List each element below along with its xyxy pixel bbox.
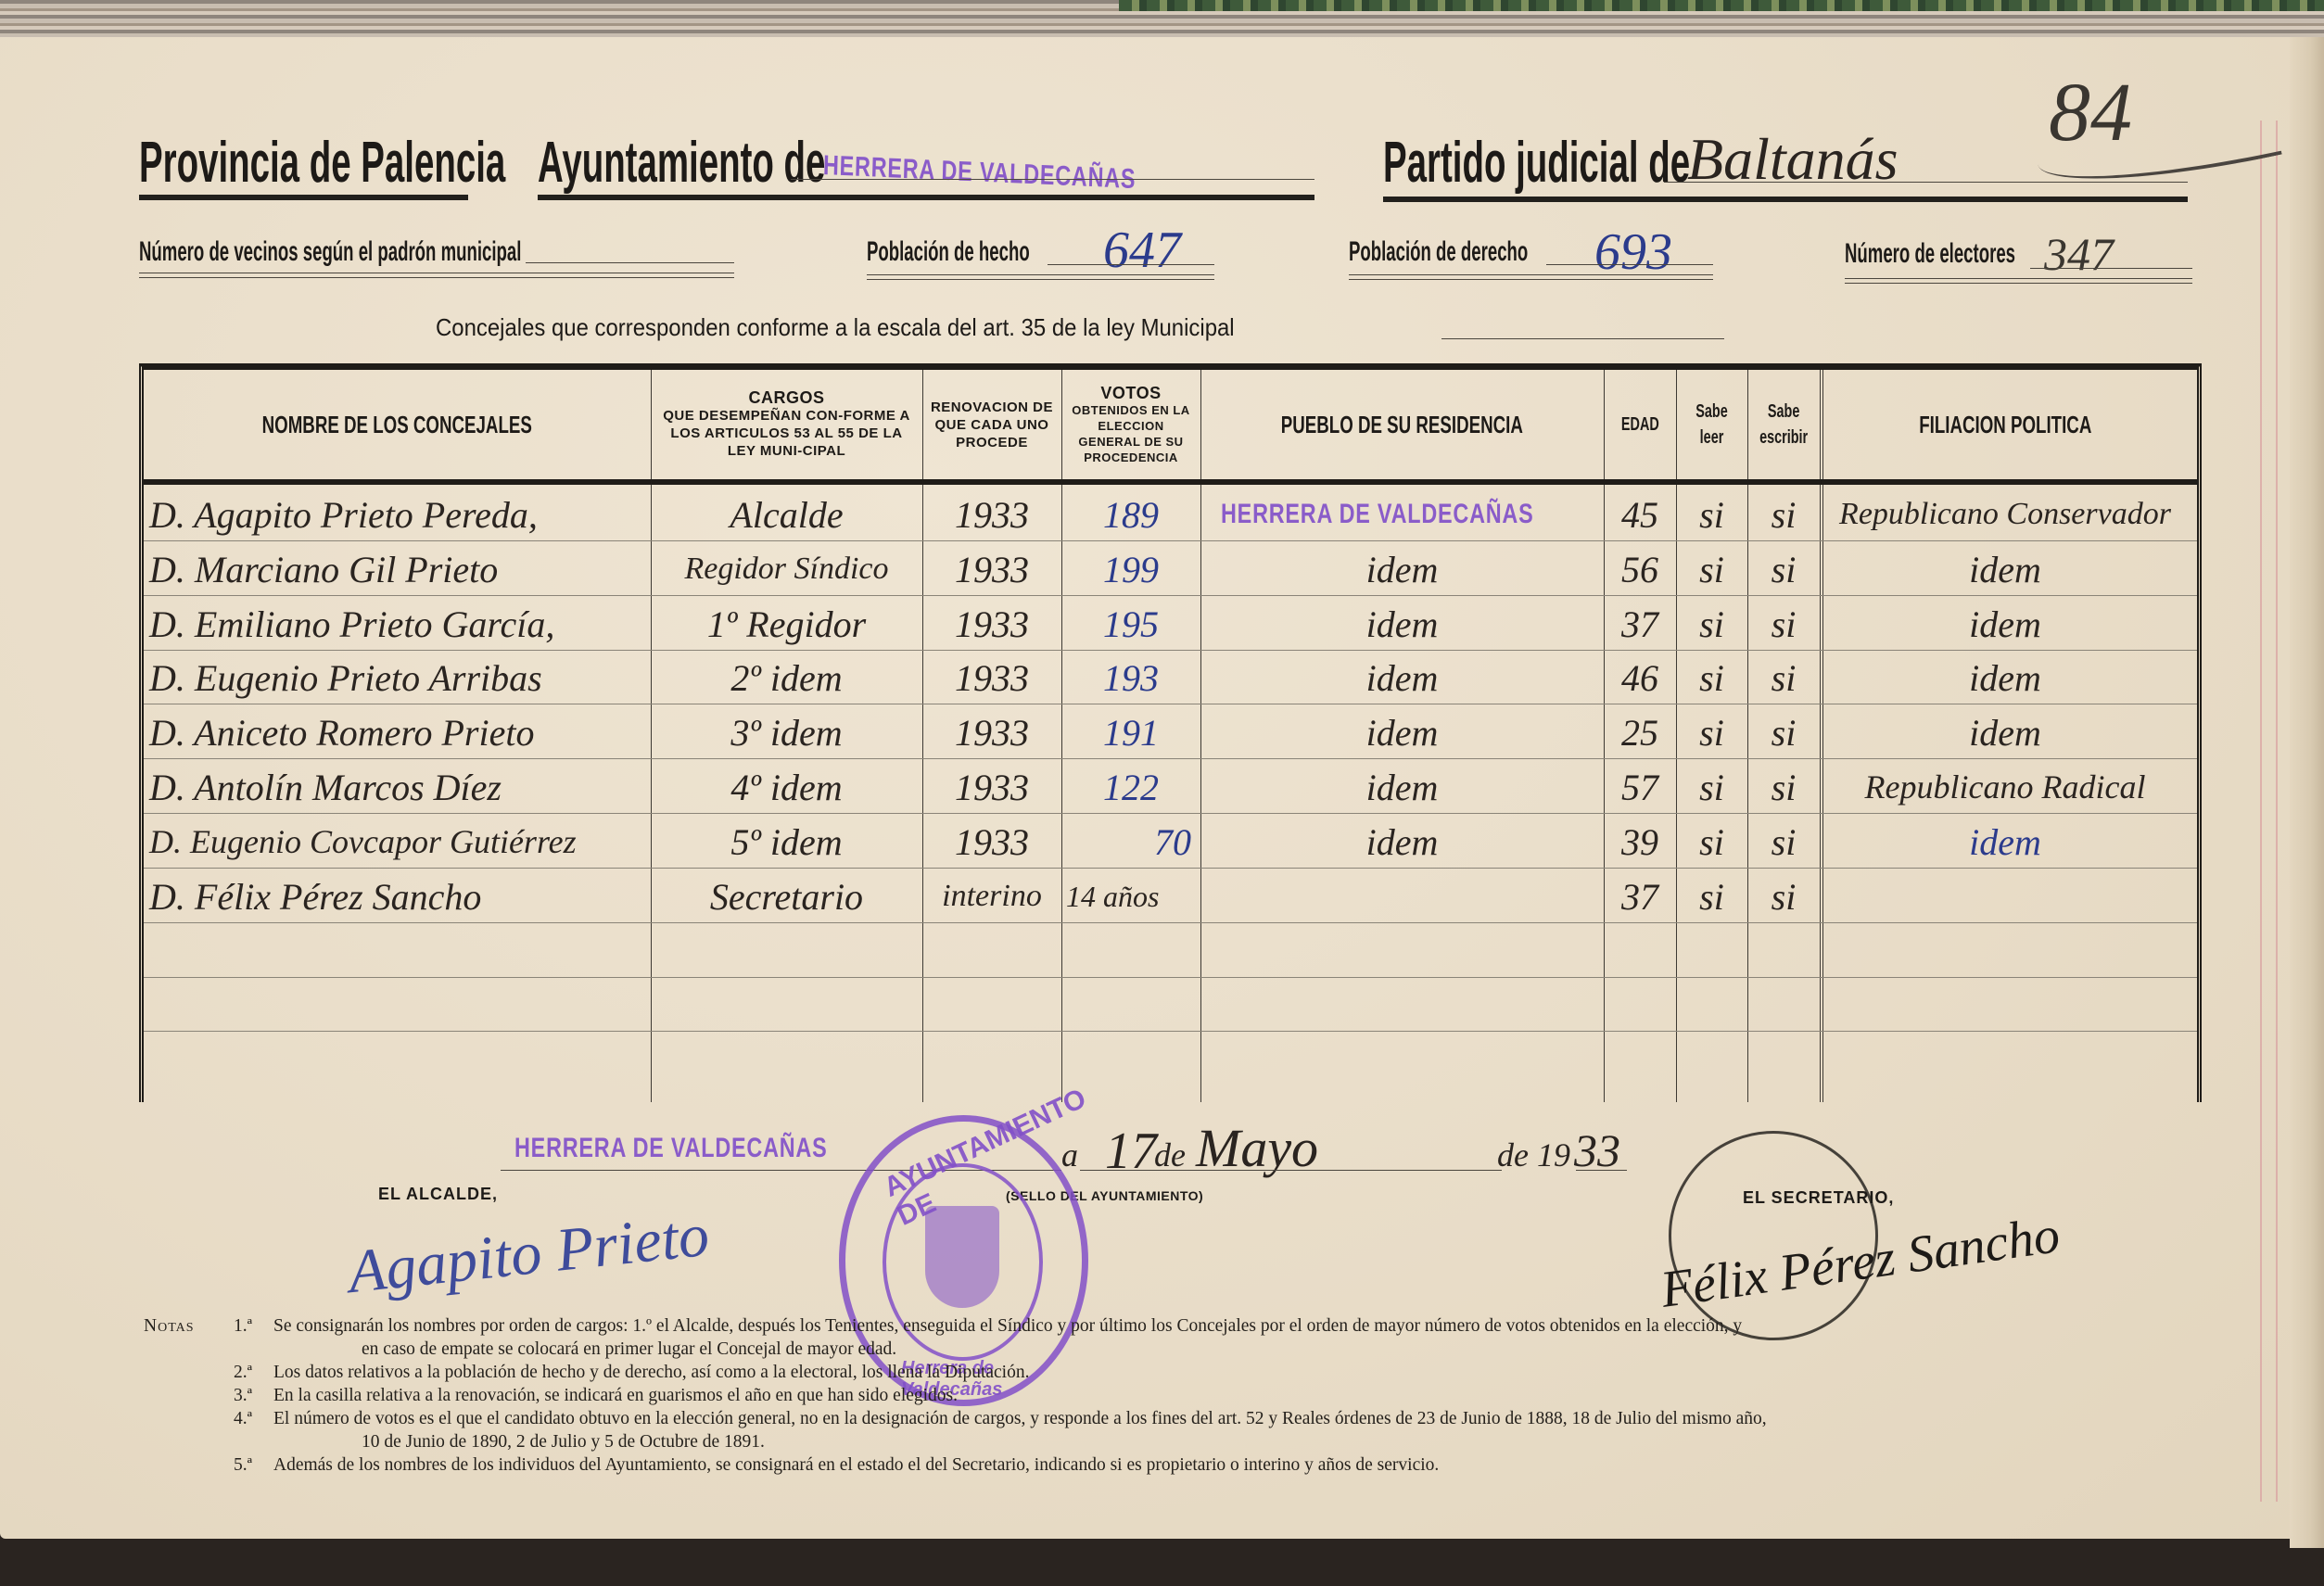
note-text: en caso de empate se colocará en primer … bbox=[362, 1339, 896, 1360]
cell-edad: 37 bbox=[1604, 869, 1676, 923]
note-number: 1.ª bbox=[234, 1316, 252, 1337]
cell-renovacion: 1933 bbox=[922, 651, 1061, 704]
note-number: 3.ª bbox=[234, 1386, 252, 1406]
cell-renovacion: 1933 bbox=[922, 760, 1061, 814]
cell-edad: 37 bbox=[1604, 597, 1676, 651]
cell-cargo: 2º idem bbox=[651, 651, 922, 704]
cell-edad: 56 bbox=[1604, 542, 1676, 596]
header-divider bbox=[144, 479, 2197, 485]
header-pueblo-text: PUEBLO DE SU RESIDENCIA bbox=[1281, 411, 1523, 439]
cell-nombre: D. Agapito Prieto Pereda, bbox=[149, 488, 538, 541]
cell-leer: si bbox=[1676, 488, 1747, 541]
cell-cargo: 5º idem bbox=[651, 815, 922, 869]
cell-votos: 189 bbox=[1061, 488, 1200, 541]
derecho-value: 693 bbox=[1594, 222, 1672, 282]
ayuntamiento-line bbox=[791, 179, 1314, 180]
signature-flourish bbox=[1669, 1131, 1878, 1340]
header-edad-text: EDAD bbox=[1621, 414, 1659, 436]
concejales-table: NOMBRE DE LOS CONCEJALES CARGOS QUE DESE… bbox=[139, 363, 2202, 1102]
coat-of-arms-icon bbox=[925, 1206, 999, 1308]
cell-leer: si bbox=[1676, 705, 1747, 759]
header-cargos-sub: QUE DESEMPEÑAN CON-FORME A LOS ARTICULOS… bbox=[651, 407, 922, 460]
note-number: 4.ª bbox=[234, 1409, 252, 1429]
cell-pueblo: idem bbox=[1200, 597, 1604, 651]
alcalde-label: EL ALCALDE, bbox=[378, 1185, 498, 1204]
derecho-underline bbox=[1349, 274, 1713, 280]
header-cargos-title: CARGOS bbox=[748, 389, 824, 407]
cell-votos: 70 bbox=[1061, 815, 1191, 869]
derecho-line bbox=[1546, 264, 1713, 265]
electores-value: 347 bbox=[2044, 227, 2114, 281]
header-votos-sub: OBTENIDOS EN LA ELECCION GENERAL DE SU P… bbox=[1067, 402, 1195, 465]
notes-label: Notas bbox=[144, 1316, 195, 1337]
row-line bbox=[144, 1031, 2197, 1032]
electores-underline bbox=[1845, 278, 2192, 284]
cell-votos: 193 bbox=[1061, 651, 1200, 704]
cell-edad: 25 bbox=[1604, 705, 1676, 759]
cell-filiacion: idem bbox=[1820, 705, 2191, 759]
cell-edad: 57 bbox=[1604, 760, 1676, 814]
cell-pueblo: idem bbox=[1200, 760, 1604, 814]
header-nombre-text: NOMBRE DE LOS CONCEJALES bbox=[262, 411, 532, 439]
cell-leer: si bbox=[1676, 651, 1747, 704]
cell-filiacion: idem bbox=[1820, 542, 2191, 596]
date-day: 17 bbox=[1105, 1122, 1157, 1181]
hecho-underline bbox=[867, 274, 1214, 280]
cell-edad: 46 bbox=[1604, 651, 1676, 704]
derecho-label: Población de derecho bbox=[1349, 236, 1528, 268]
provincia-title: Provincia de Palencia bbox=[139, 130, 505, 196]
cell-renovacion: 1933 bbox=[922, 488, 1061, 541]
header-votos: VOTOS OBTENIDOS EN LA ELECCION GENERAL D… bbox=[1061, 370, 1200, 479]
cell-filiacion: idem bbox=[1820, 597, 2191, 651]
date-de2: de 19 bbox=[1497, 1136, 1570, 1174]
place-stamp: HERRERA DE VALDECAÑAS bbox=[514, 1133, 828, 1164]
cell-renovacion: 1933 bbox=[922, 815, 1061, 869]
cell-escribir: si bbox=[1747, 869, 1820, 923]
cell-cargo: Regidor Síndico bbox=[651, 542, 922, 596]
cell-votos: 14 años bbox=[1066, 869, 1200, 923]
cell-filiacion: idem bbox=[1820, 815, 2191, 869]
header-filiacion-text: FILIACION POLITICA bbox=[1919, 411, 2091, 439]
cell-leer: si bbox=[1676, 597, 1747, 651]
cell-filiacion: idem bbox=[1820, 651, 2191, 704]
header-cargos: CARGOS QUE DESEMPEÑAN CON-FORME A LOS AR… bbox=[651, 370, 922, 479]
cell-renovacion: interino bbox=[922, 869, 1061, 923]
hecho-value: 647 bbox=[1103, 221, 1181, 280]
cell-nombre: D. Emiliano Prieto García, bbox=[149, 597, 554, 651]
red-margin-line bbox=[2260, 121, 2262, 1502]
cell-escribir: si bbox=[1747, 597, 1820, 651]
cell-pueblo: idem bbox=[1200, 705, 1604, 759]
cell-nombre: D. Marciano Gil Prieto bbox=[149, 542, 498, 596]
cell-escribir: si bbox=[1747, 651, 1820, 704]
cell-nombre: D. Félix Pérez Sancho bbox=[149, 869, 481, 923]
cell-edad: 39 bbox=[1604, 815, 1676, 869]
cell-nombre: D. Aniceto Romero Prieto bbox=[149, 705, 534, 759]
cell-escribir: si bbox=[1747, 705, 1820, 759]
cell-nombre: D. Antolín Marcos Díez bbox=[149, 760, 502, 814]
cell-escribir: si bbox=[1747, 488, 1820, 541]
vecinos-underline bbox=[139, 273, 734, 278]
cell-renovacion: 1933 bbox=[922, 597, 1061, 651]
note-text: Se consignarán los nombres por orden de … bbox=[273, 1316, 1742, 1337]
cell-filiacion bbox=[1820, 869, 2191, 923]
note-text: El número de votos es el que el candidat… bbox=[273, 1409, 1767, 1429]
note-text: Los datos relativos a la población de he… bbox=[273, 1363, 1029, 1383]
hecho-line bbox=[1048, 264, 1214, 265]
cell-pueblo: idem bbox=[1200, 651, 1604, 704]
cell-pueblo: HERRERA DE VALDECAÑAS bbox=[1221, 488, 1534, 541]
cell-votos: 122 bbox=[1061, 760, 1200, 814]
vecinos-line bbox=[526, 262, 734, 263]
header-renovacion: RENOVACION DE QUE CADA UNO PROCEDE bbox=[922, 370, 1061, 479]
hecho-label: Población de hecho bbox=[867, 236, 1030, 268]
header-escribir: Sabe escribir bbox=[1747, 370, 1820, 479]
cell-votos: 191 bbox=[1061, 705, 1200, 759]
cell-cargo: Alcalde bbox=[651, 488, 922, 541]
header-escribir-text: Sabe escribir bbox=[1759, 399, 1808, 450]
vecinos-label: Número de vecinos según el padrón munici… bbox=[139, 236, 521, 268]
partido-underline bbox=[1383, 197, 2188, 202]
cell-nombre: D. Eugenio Prieto Arribas bbox=[149, 651, 542, 704]
header-pueblo: PUEBLO DE SU RESIDENCIA bbox=[1200, 370, 1604, 479]
cell-escribir: si bbox=[1747, 760, 1820, 814]
year-line bbox=[1576, 1170, 1627, 1171]
date-line bbox=[1080, 1170, 1502, 1171]
partido-line bbox=[1664, 182, 2188, 183]
cell-cargo: 3º idem bbox=[651, 705, 922, 759]
cell-filiacion: Republicano Conservador bbox=[1820, 488, 2191, 541]
header-votos-title: VOTOS bbox=[1100, 385, 1161, 402]
cell-votos: 199 bbox=[1061, 542, 1200, 596]
cell-pueblo: idem bbox=[1200, 815, 1604, 869]
partido-value: Baltanás bbox=[1687, 125, 1899, 194]
date-de1: de bbox=[1154, 1136, 1186, 1174]
cell-leer: si bbox=[1676, 760, 1747, 814]
provincia-underline bbox=[139, 195, 468, 200]
cell-cargo: 1º Regidor bbox=[651, 597, 922, 651]
header-edad: EDAD bbox=[1604, 370, 1676, 479]
ayuntamiento-underline bbox=[538, 195, 1314, 200]
cell-cargo: 4º idem bbox=[651, 760, 922, 814]
concejales-label: Concejales que corresponden conforme a l… bbox=[436, 313, 1235, 342]
cell-leer: si bbox=[1676, 542, 1747, 596]
note-text: 10 de Junio de 1890, 2 de Julio y 5 de O… bbox=[362, 1432, 765, 1453]
note-text: Además de los nombres de los individuos … bbox=[273, 1455, 1439, 1476]
cell-votos: 195 bbox=[1061, 597, 1200, 651]
electores-label: Número de electores bbox=[1845, 238, 2015, 270]
cell-pueblo bbox=[1200, 869, 1604, 923]
header-nombre: NOMBRE DE LOS CONCEJALES bbox=[144, 370, 651, 479]
cell-pueblo: idem bbox=[1200, 542, 1604, 596]
cell-renovacion: 1933 bbox=[922, 705, 1061, 759]
concejales-line bbox=[1441, 338, 1724, 339]
note-number: 5.ª bbox=[234, 1455, 252, 1476]
cell-escribir: si bbox=[1747, 542, 1820, 596]
partido-label: Partido judicial de bbox=[1383, 130, 1690, 196]
note-number: 2.ª bbox=[234, 1363, 252, 1383]
cell-leer: si bbox=[1676, 815, 1747, 869]
note-text: En la casilla relativa a la renovación, … bbox=[273, 1386, 958, 1406]
row-line bbox=[144, 977, 2197, 978]
cell-nombre: D. Eugenio Covcapor Gutiérrez bbox=[149, 815, 577, 869]
header-leer: Sabe leer bbox=[1676, 370, 1747, 479]
cell-escribir: si bbox=[1747, 815, 1820, 869]
electores-line bbox=[2030, 268, 2192, 269]
page-edge bbox=[2290, 37, 2324, 1548]
ayuntamiento-label: Ayuntamiento de bbox=[538, 130, 825, 196]
cell-renovacion: 1933 bbox=[922, 542, 1061, 596]
header-leer-text: Sabe leer bbox=[1695, 399, 1728, 450]
header-renovacion-text: RENOVACION DE QUE CADA UNO PROCEDE bbox=[926, 399, 1058, 451]
red-margin-line bbox=[2276, 121, 2278, 1502]
cell-leer: si bbox=[1676, 869, 1747, 923]
cell-cargo: Secretario bbox=[651, 869, 922, 923]
book-cover-edge bbox=[1119, 0, 2324, 11]
header-filiacion: FILIACION POLITICA bbox=[1820, 370, 2191, 479]
cell-edad: 45 bbox=[1604, 488, 1676, 541]
cell-filiacion: Republicano Radical bbox=[1820, 760, 2191, 814]
